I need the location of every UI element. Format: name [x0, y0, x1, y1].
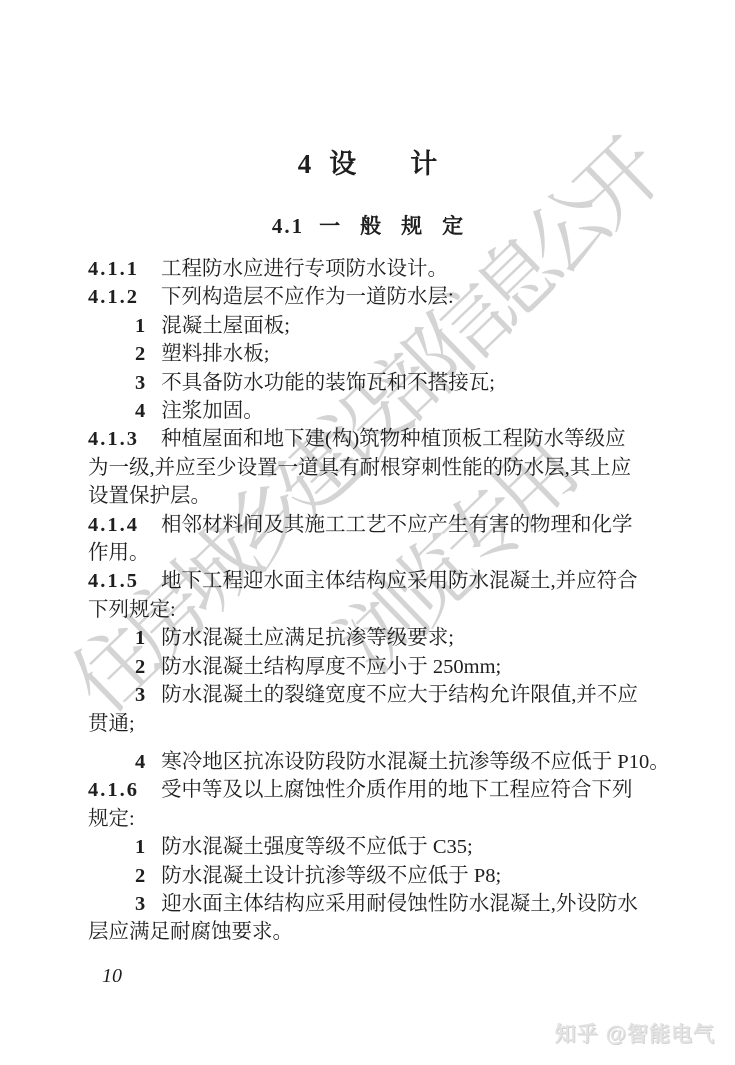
document-body: 4.1.1工程防水应进行专项防水设计。4.1.2下列构造层不应作为一道防水层:1…: [88, 255, 655, 947]
line-label: 1: [135, 836, 145, 858]
clause-line: 4.1.3种植屋面和地下建(构)筑物种植顶板工程防水等级应: [88, 425, 655, 453]
line-text: 下列构造层不应作为一道防水层:: [161, 286, 454, 308]
line-label: 1: [135, 315, 145, 337]
line-text: 寒冷地区抗冻设防段防水混凝土抗渗等级不应低于 P10。: [161, 751, 670, 773]
clause-line: 下列规定:: [88, 596, 655, 624]
line-text: 层应满足耐腐蚀要求。: [88, 921, 293, 943]
line-label: 4: [135, 400, 145, 422]
chapter-number: 4: [298, 149, 312, 179]
line-label: 2: [135, 656, 145, 678]
item-line: 3不具备防水功能的装饰瓦和不搭接瓦;: [88, 369, 655, 397]
clause-line: 作用。: [88, 539, 655, 567]
clause-line: 4.1.5地下工程迎水面主体结构应采用防水混凝土,并应符合: [88, 567, 655, 595]
clause-line: 4.1.6受中等及以上腐蚀性介质作用的地下工程应符合下列: [88, 776, 655, 804]
item-line: 1防水混凝土强度等级不应低于 C35;: [88, 833, 655, 861]
line-label: 2: [135, 865, 145, 887]
chapter-title: 4设 计: [0, 148, 735, 180]
line-label: 3: [135, 893, 145, 915]
line-text: 防水混凝土应满足抗渗等级要求;: [161, 627, 454, 649]
line-text: 防水混凝土的裂缝宽度不应大于结构允许限值,并不应: [161, 684, 638, 706]
document-page: 住房城乡建设部信息公开 浏览专用 4设 计 4.1一般规定 4.1.1工程防水应…: [0, 0, 735, 1065]
item-line: 1防水混凝土应满足抗渗等级要求;: [88, 624, 655, 652]
line-label: 3: [135, 684, 145, 706]
line-label: 4.1.3: [88, 428, 139, 450]
clause-line: 为一级,并应至少设置一道具有耐根穿刺性能的防水层,其上应: [88, 454, 655, 482]
line-text: 防水混凝土强度等级不应低于 C35;: [161, 836, 473, 858]
section-number: 4.1: [272, 214, 304, 238]
clause-line: 规定:: [88, 805, 655, 833]
section-title-text: 一般规定: [319, 214, 483, 238]
line-text: 工程防水应进行专项防水设计。: [161, 258, 448, 280]
line-label: 4.1.4: [88, 514, 139, 536]
line-label: 4.1.1: [88, 258, 139, 280]
line-text: 种植屋面和地下建(构)筑物种植顶板工程防水等级应: [161, 428, 626, 450]
page-number: 10: [102, 963, 735, 989]
line-text: 贯通;: [88, 713, 135, 735]
line-text: 相邻材料间及其施工工艺不应产生有害的物理和化学: [161, 514, 633, 536]
line-label: 2: [135, 343, 145, 365]
line-label: 4.1.2: [88, 286, 139, 308]
clause-line: 4.1.4相邻材料间及其施工工艺不应产生有害的物理和化学: [88, 511, 655, 539]
item-line: 1混凝土屋面板;: [88, 312, 655, 340]
clause-line: 4.1.1工程防水应进行专项防水设计。: [88, 255, 655, 283]
line-text: 作用。: [88, 542, 150, 564]
chapter-title-text: 设 计: [329, 149, 437, 179]
line-text: 塑料排水板;: [161, 343, 269, 365]
line-text: 混凝土屋面板;: [161, 315, 290, 337]
line-text: 迎水面主体结构应采用耐侵蚀性防水混凝土,外设防水: [161, 893, 638, 915]
item-line: 4寒冷地区抗冻设防段防水混凝土抗渗等级不应低于 P10。: [88, 748, 655, 776]
line-text: 地下工程迎水面主体结构应采用防水混凝土,并应符合: [161, 570, 638, 592]
item-line: 2塑料排水板;: [88, 340, 655, 368]
line-label: 4.1.5: [88, 570, 139, 592]
item-line: 3防水混凝土的裂缝宽度不应大于结构允许限值,并不应: [88, 681, 655, 709]
item-line: 4注浆加固。: [88, 397, 655, 425]
clause-line: 4.1.2下列构造层不应作为一道防水层:: [88, 283, 655, 311]
page-content: 4设 计 4.1一般规定 4.1.1工程防水应进行专项防水设计。4.1.2下列构…: [0, 148, 735, 989]
line-text: 规定:: [88, 808, 135, 830]
line-text: 防水混凝土设计抗渗等级不应低于 P8;: [161, 865, 501, 887]
line-label: 1: [135, 627, 145, 649]
line-text: 防水混凝土结构厚度不应小于 250mm;: [161, 656, 501, 678]
line-label: 3: [135, 372, 145, 394]
line-text: 为一级,并应至少设置一道具有耐根穿刺性能的防水层,其上应: [88, 457, 631, 479]
line-text: 不具备防水功能的装饰瓦和不搭接瓦;: [161, 372, 495, 394]
credit-watermark: 知乎 @智能电气: [555, 1018, 715, 1048]
item-line: 2防水混凝土结构厚度不应小于 250mm;: [88, 653, 655, 681]
item-line: 层应满足耐腐蚀要求。: [88, 918, 655, 946]
line-label: 4: [135, 751, 145, 773]
item-line: 贯通;: [88, 710, 655, 738]
line-text: 受中等及以上腐蚀性介质作用的地下工程应符合下列: [161, 779, 633, 801]
line-text: 下列规定:: [88, 599, 176, 621]
item-line: 2防水混凝土设计抗渗等级不应低于 P8;: [88, 862, 655, 890]
section-heading: 4.1一般规定: [0, 212, 735, 240]
line-text: 注浆加固。: [161, 400, 264, 422]
clause-line: 设置保护层。: [88, 482, 655, 510]
item-line: 3迎水面主体结构应采用耐侵蚀性防水混凝土,外设防水: [88, 890, 655, 918]
line-label: 4.1.6: [88, 779, 139, 801]
line-text: 设置保护层。: [88, 485, 211, 507]
